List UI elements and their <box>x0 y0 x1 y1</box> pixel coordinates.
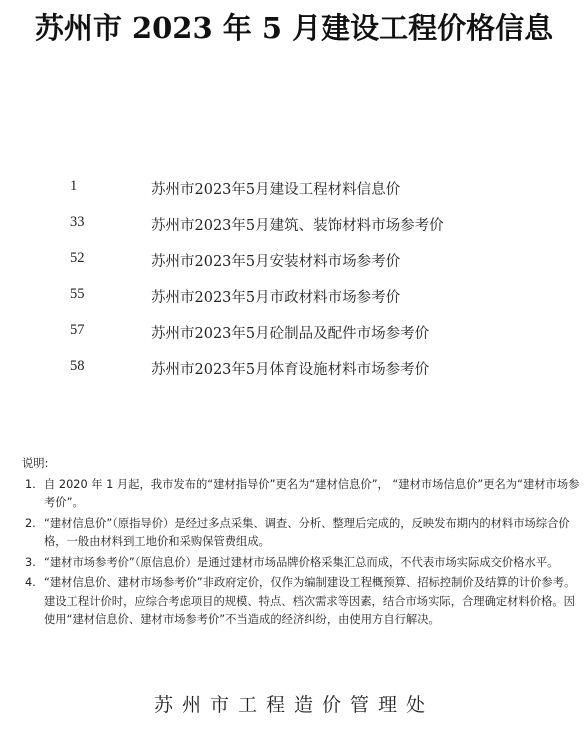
table-of-contents: 1 苏州市2023年5月建设工程材料信息价 33 苏州市2023年5月建筑、装饰… <box>0 170 588 386</box>
note-text: “建材市场参考价”（原信息价）是通过建材市场品牌价格采集汇总而成，不代表市场实际… <box>44 554 582 573</box>
toc-entry-label: 苏州市2023年5月建设工程材料信息价 <box>151 178 400 199</box>
note-item: 4. “建材信息价、建材市场参考价”非政府定价，仅作为编制建设工程概预算、招标控… <box>22 574 582 630</box>
note-number: 4. <box>25 574 36 593</box>
toc-page-number: 55 <box>70 286 85 303</box>
toc-page-number: 57 <box>70 322 85 339</box>
toc-entry-label: 苏州市2023年5月建筑、装饰材料市场参考价 <box>151 214 444 235</box>
toc-page-number: 1 <box>70 178 77 195</box>
issuer-signature: 苏州市工程造价管理处 <box>0 690 588 717</box>
toc-entry: 55 苏州市2023年5月市政材料市场参考价 <box>0 278 588 314</box>
toc-entry: 57 苏州市2023年5月砼制品及配件市场参考价 <box>0 314 588 350</box>
toc-entry: 33 苏州市2023年5月建筑、装饰材料市场参考价 <box>0 206 588 242</box>
toc-entry-label: 苏州市2023年5月砼制品及配件市场参考价 <box>151 322 429 343</box>
note-text: 自 2020 年 1 月起，我市发布的“建材指导价”更名为“建材信息价”， “建… <box>44 476 582 513</box>
notes-section: 说明: 1. 自 2020 年 1 月起，我市发布的“建材指导价”更名为“建材信… <box>22 455 582 632</box>
note-text: “建材信息价”（原指导价）是经过多点采集、调查、分析、整理后完成的，反映发布期内… <box>44 515 582 552</box>
document-title: 苏州市 2023 年 5 月建设工程价格信息 <box>0 6 588 47</box>
note-number: 2. <box>25 515 36 534</box>
note-item: 3. “建材市场参考价”（原信息价）是通过建材市场品牌价格采集汇总而成，不代表市… <box>22 554 582 573</box>
toc-entry-label: 苏州市2023年5月市政材料市场参考价 <box>151 286 400 307</box>
toc-page-number: 58 <box>70 358 85 375</box>
note-item: 1. 自 2020 年 1 月起，我市发布的“建材指导价”更名为“建材信息价”，… <box>22 476 582 513</box>
toc-entry-label: 苏州市2023年5月体育设施材料市场参考价 <box>151 358 429 379</box>
toc-entry: 52 苏州市2023年5月安装材料市场参考价 <box>0 242 588 278</box>
note-number: 1. <box>25 476 36 495</box>
note-text: “建材信息价、建材市场参考价”非政府定价，仅作为编制建设工程概预算、招标控制价及… <box>44 574 582 630</box>
toc-page-number: 52 <box>70 250 85 267</box>
toc-entry: 58 苏州市2023年5月体育设施材料市场参考价 <box>0 350 588 386</box>
toc-page-number: 33 <box>70 214 85 231</box>
toc-entry: 1 苏州市2023年5月建设工程材料信息价 <box>0 170 588 206</box>
notes-heading: 说明: <box>22 455 582 474</box>
note-number: 3. <box>25 554 36 573</box>
toc-entry-label: 苏州市2023年5月安装材料市场参考价 <box>151 250 400 271</box>
note-item: 2. “建材信息价”（原指导价）是经过多点采集、调查、分析、整理后完成的，反映发… <box>22 515 582 552</box>
